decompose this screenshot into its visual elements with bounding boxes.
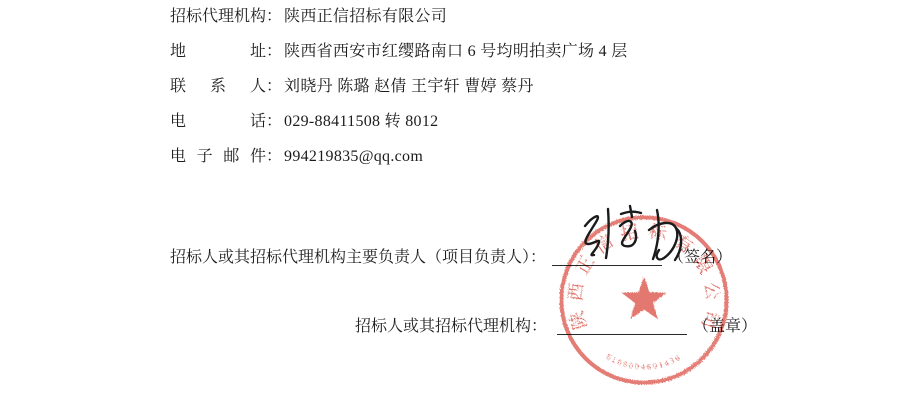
signature-row-label: 招标人或其招标代理机构主要负责人（项目负责人）： [170,249,546,266]
field-value: 994219835@qq.com [284,147,423,167]
field-label: 地址 [170,42,266,62]
seal-serial-number: 6100004601436 [605,352,684,371]
field-label: 招标代理机构 [170,7,266,27]
field-colon: ： [266,147,282,167]
field-value: 陕西正信招标有限公司 [284,7,447,27]
field-label: 联系人 [170,77,266,97]
field-colon: ： [266,77,282,97]
seal-star-icon [622,277,667,319]
field-row-agency: 招标代理机构：陕西正信招标有限公司 [170,7,628,42]
field-label: 电子邮件 [170,147,266,167]
field-row-phone: 电话：029-88411508 转 8012 [170,112,628,147]
field-value: 陕西省西安市红缨路南口 6 号均明拍卖广场 4 层 [284,42,628,62]
field-colon: ： [266,7,282,27]
stamp-row-label: 招标人或其招标代理机构： [355,318,547,335]
field-colon: ： [266,42,282,62]
field-row-email: 电子邮件：994219835@qq.com [170,147,628,182]
field-colon: ： [266,112,282,132]
scanned-document-page: 招标代理机构：陕西正信招标有限公司 地址：陕西省西安市红缨路南口 6 号均明拍卖… [0,0,906,403]
handwritten-signature [575,202,700,270]
field-label: 电话 [170,112,266,132]
field-row-address: 地址：陕西省西安市红缨路南口 6 号均明拍卖广场 4 层 [170,42,628,77]
field-value: 029-88411508 转 8012 [284,112,438,132]
field-row-contacts: 联系人：刘晓丹 陈璐 赵倩 王宇轩 曹婷 蔡丹 [170,77,628,112]
field-value: 刘晓丹 陈璐 赵倩 王宇轩 曹婷 蔡丹 [284,77,534,97]
contact-fields: 招标代理机构：陕西正信招标有限公司 地址：陕西省西安市红缨路南口 6 号均明拍卖… [170,7,628,182]
